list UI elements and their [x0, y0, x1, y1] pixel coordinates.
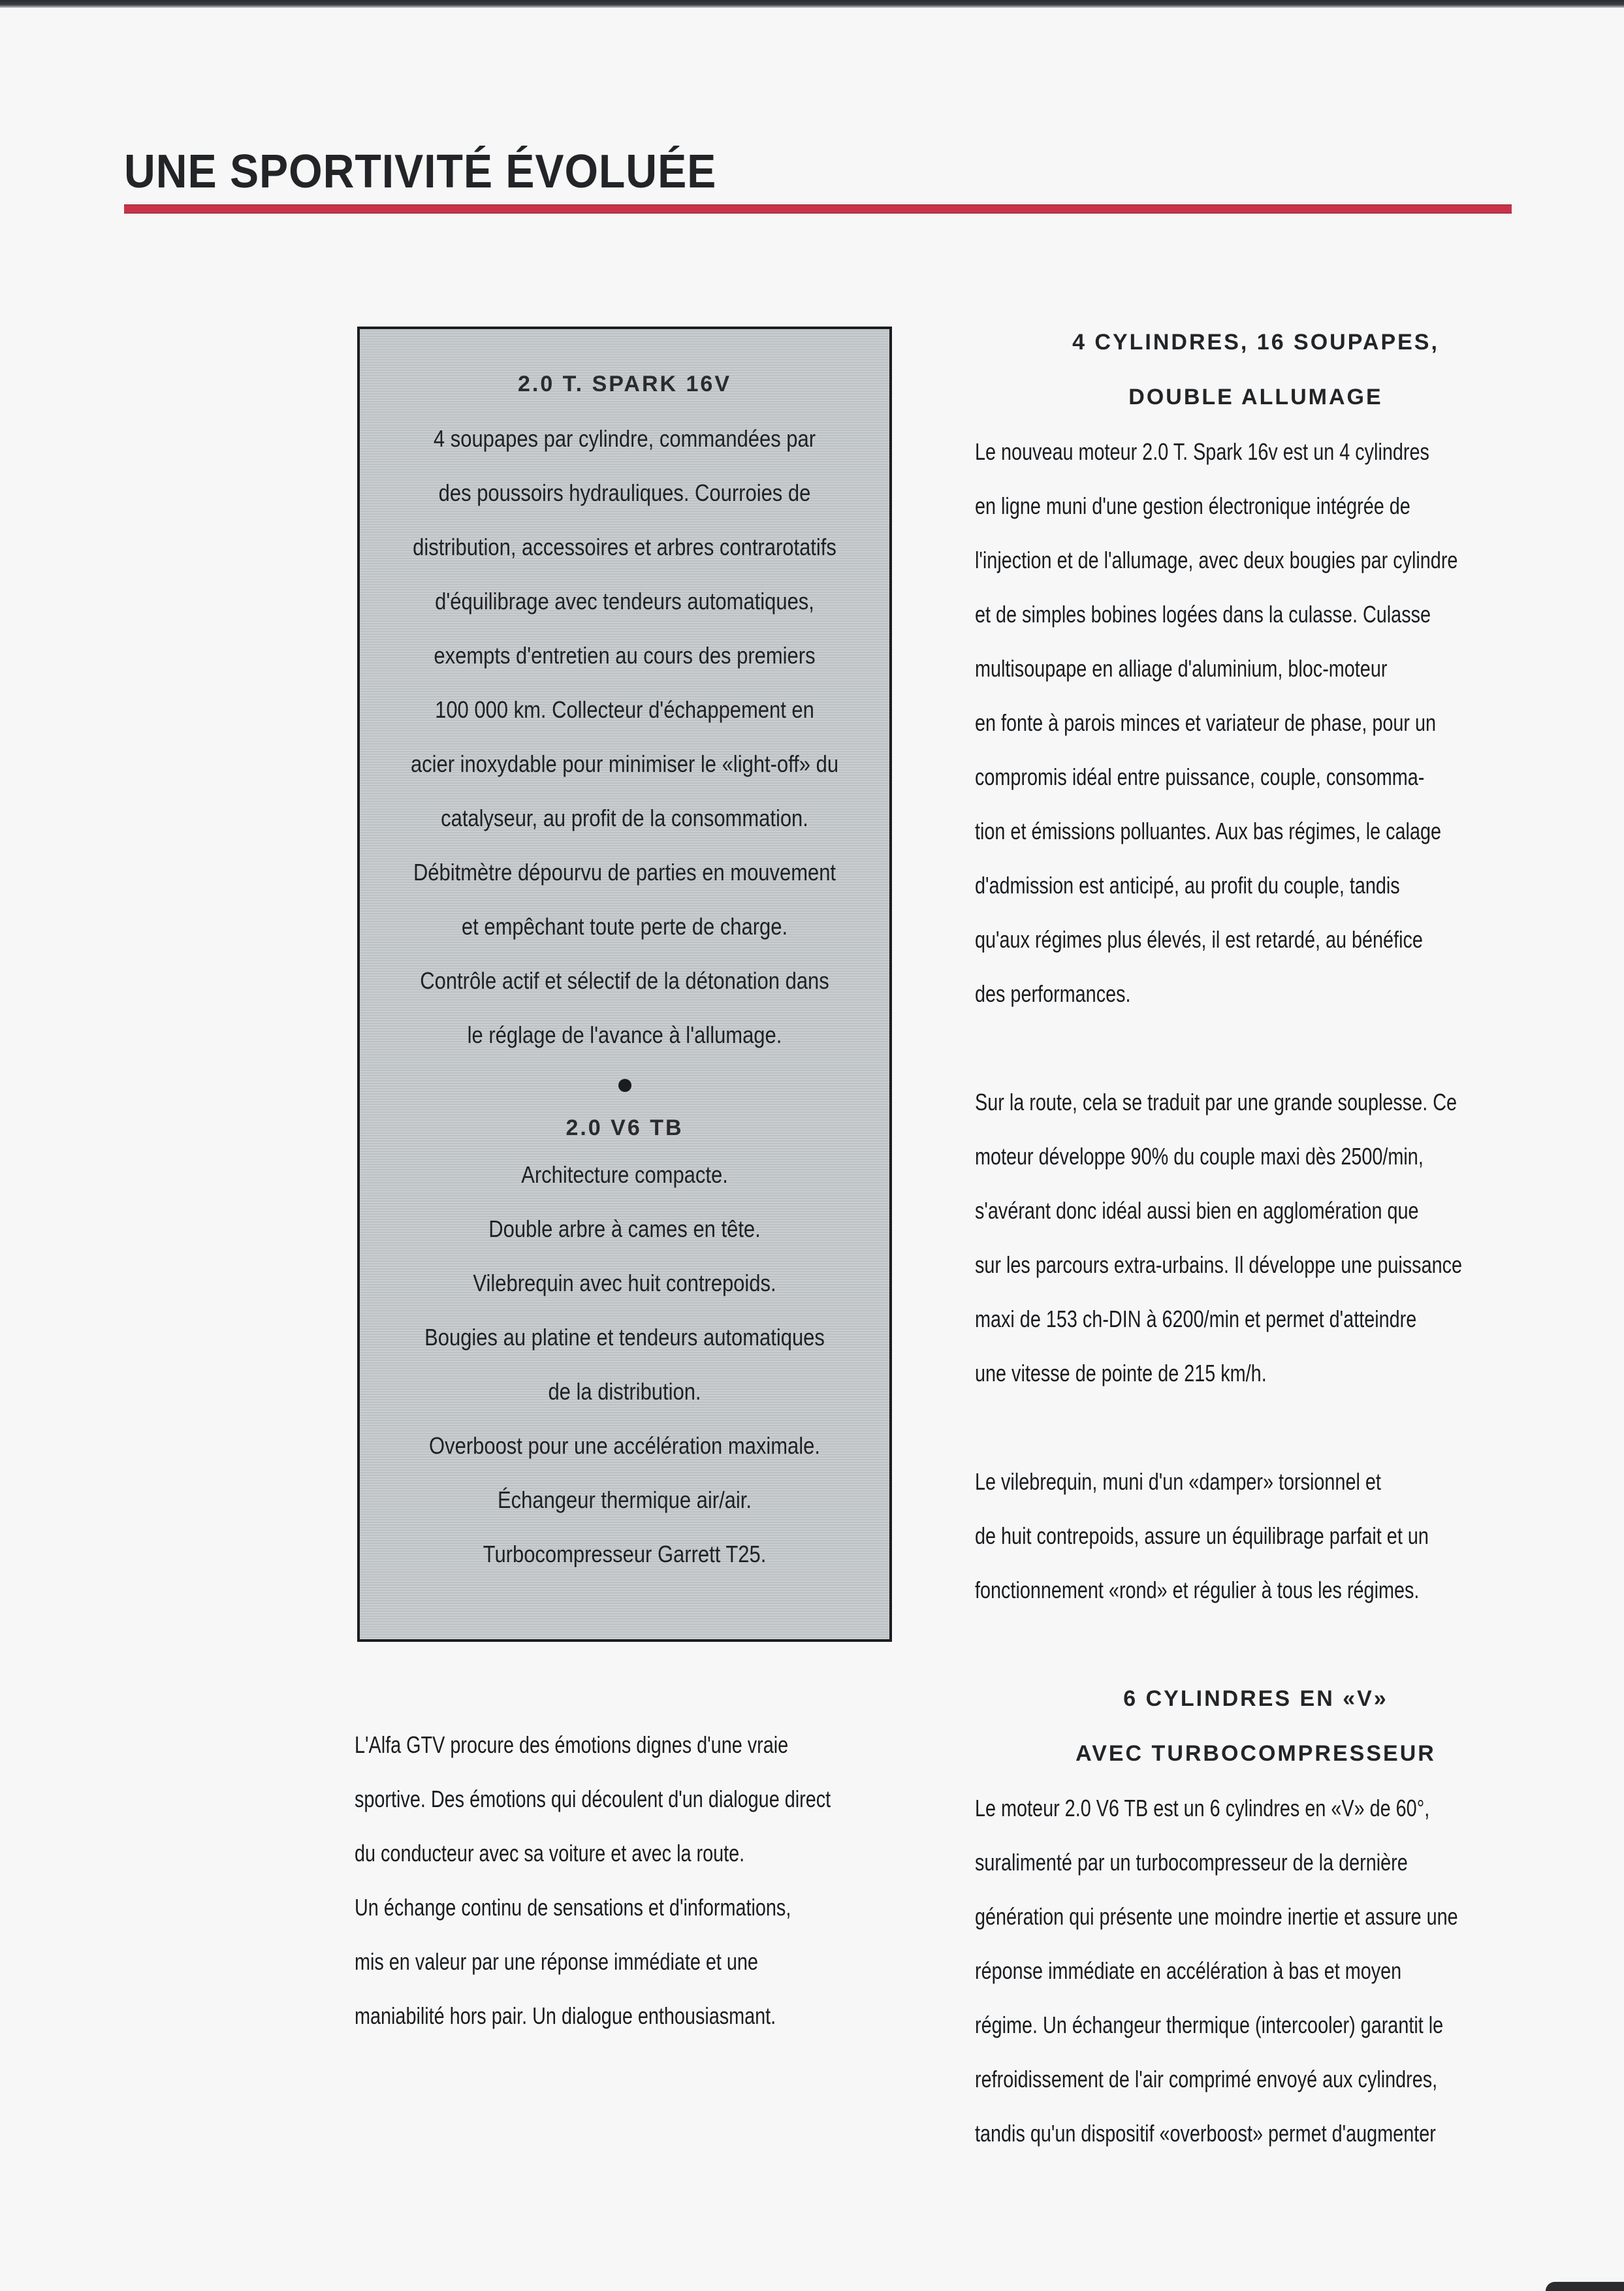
intro-line: L'Alfa GTV procure des émotions dignes d… — [355, 1718, 804, 1772]
spec-line: et empêchant toute perte de charge. — [397, 899, 852, 953]
body-line: Le moteur 2.0 V6 TB est un 6 cylindres e… — [975, 1781, 1424, 1835]
section-heading-v6-line2: AVEC TURBOCOMPRESSEUR — [975, 1726, 1536, 1781]
body-line: l'injection et de l'allumage, avec deux … — [975, 533, 1424, 587]
body-line: fonctionnement «rond» et régulier à tous… — [975, 1563, 1424, 1617]
body-line: réponse immédiate en accélération à bas … — [975, 1944, 1424, 1998]
spec-line: d'équilibrage avec tendeurs automatiques… — [397, 574, 852, 628]
spec-line: Contrôle actif et sélectif de la détonat… — [397, 953, 852, 1008]
spec-line: Débitmètre dépourvu de parties en mouvem… — [397, 845, 852, 899]
body-line: compromis idéal entre puissance, couple,… — [975, 750, 1424, 804]
title-underline-rule — [124, 204, 1512, 214]
body-line: Le vilebrequin, muni d'un «damper» torsi… — [975, 1454, 1424, 1509]
intro-paragraph: L'Alfa GTV procure des émotions dignes d… — [355, 1718, 916, 2043]
paragraph-gap — [975, 1400, 1536, 1454]
spec-line: Overboost pour une accélération maximale… — [397, 1418, 852, 1473]
body-line: refroidissement de l'air comprimé envoyé… — [975, 2052, 1424, 2106]
body-line: d'admission est anticipé, au profit du c… — [975, 858, 1424, 912]
intro-line: sportive. Des émotions qui découlent d'u… — [355, 1772, 804, 1826]
spec-line: le réglage de l'avance à l'allumage. — [397, 1008, 852, 1062]
paragraph-gap — [975, 1021, 1536, 1075]
intro-line: maniabilité hors pair. Un dialogue entho… — [355, 1989, 804, 2043]
spec-line: Turbocompresseur Garrett T25. — [397, 1527, 852, 1581]
spec-line: Double arbre à cames en tête. — [397, 1202, 852, 1256]
body-line: régime. Un échangeur thermique (intercoo… — [975, 1998, 1424, 2052]
section1-paragraph-2: Sur la route, cela se traduit par une gr… — [975, 1075, 1536, 1400]
intro-line: du conducteur avec sa voiture et avec la… — [355, 1826, 804, 1880]
body-line: s'avérant donc idéal aussi bien en agglo… — [975, 1183, 1424, 1238]
spec-line: exempts d'entretien au cours des premier… — [397, 628, 852, 682]
section1-paragraph-3: Le vilebrequin, muni d'un «damper» torsi… — [975, 1454, 1536, 1617]
spec-line: 4 soupapes par cylindre, commandées par — [397, 411, 852, 466]
section-heading-v6-line1: 6 CYLINDRES EN «V» — [975, 1671, 1536, 1726]
body-line: suralimenté par un turbocompresseur de l… — [975, 1835, 1424, 1889]
spec-heading-v6: 2.0 V6 TB — [360, 1108, 889, 1147]
spec-line: Vilebrequin avec huit contrepoids. — [397, 1256, 852, 1310]
body-line: tion et émissions polluantes. Aux bas ré… — [975, 804, 1424, 858]
intro-line: Un échange continu de sensations et d'in… — [355, 1880, 804, 1934]
spec-line: 100 000 km. Collecteur d'échappement en — [397, 682, 852, 737]
body-line: une vitesse de pointe de 215 km/h. — [975, 1346, 1424, 1400]
body-line: en fonte à parois minces et variateur de… — [975, 696, 1424, 750]
body-line: Sur la route, cela se traduit par une gr… — [975, 1075, 1424, 1129]
body-line: multisoupape en alliage d'aluminium, blo… — [975, 641, 1424, 696]
body-line: maxi de 153 ch-DIN à 6200/min et permet … — [975, 1292, 1424, 1346]
body-line: et de simples bobines logées dans la cul… — [975, 587, 1424, 641]
section2-paragraph-1: Le moteur 2.0 V6 TB est un 6 cylindres e… — [975, 1781, 1536, 2160]
spec-line: Architecture compacte. — [397, 1147, 852, 1202]
spec-line: distribution, accessoires et arbres cont… — [397, 520, 852, 574]
spec-line: des poussoirs hydrauliques. Courroies de — [397, 466, 852, 520]
scan-edge-bottom — [1546, 2282, 1624, 2291]
spec-list-v6: Architecture compacte. Double arbre à ca… — [360, 1147, 889, 1581]
body-line: Le nouveau moteur 2.0 T. Spark 16v est u… — [975, 425, 1424, 479]
page-title: UNE SPORTIVITÉ ÉVOLUÉE — [124, 145, 716, 199]
section-heading-4cyl-line2: DOUBLE ALLUMAGE — [975, 370, 1536, 425]
paragraph-gap — [975, 1617, 1536, 1671]
intro-line: mis en valeur par une réponse immédiate … — [355, 1934, 804, 1989]
section-heading-4cyl-line1: 4 CYLINDRES, 16 SOUPAPES, — [975, 315, 1536, 370]
spec-line: Bougies au platine et tendeurs automatiq… — [397, 1310, 852, 1364]
right-column: 4 CYLINDRES, 16 SOUPAPES, DOUBLE ALLUMAG… — [975, 315, 1536, 2160]
spec-line: de la distribution. — [397, 1364, 852, 1418]
body-line: moteur développe 90% du couple maxi dès … — [975, 1129, 1424, 1183]
body-line: de huit contrepoids, assure un équilibra… — [975, 1509, 1424, 1563]
body-line: génération qui présente une moindre iner… — [975, 1889, 1424, 1944]
engine-spec-box: 2.0 T. SPARK 16V 4 soupapes par cylindre… — [357, 327, 892, 1642]
section1-paragraph-1: Le nouveau moteur 2.0 T. Spark 16v est u… — [975, 425, 1536, 1021]
body-line: en ligne muni d'une gestion électronique… — [975, 479, 1424, 533]
body-line: qu'aux régimes plus élevés, il est retar… — [975, 912, 1424, 967]
body-line: tandis qu'un dispositif «overboost» perm… — [975, 2106, 1424, 2160]
spec-heading-spark: 2.0 T. SPARK 16V — [360, 357, 889, 411]
body-line: des performances. — [975, 967, 1424, 1021]
spec-line: acier inoxydable pour minimiser le «ligh… — [397, 737, 852, 791]
scan-edge-top — [0, 0, 1624, 8]
spec-list-spark: 4 soupapes par cylindre, commandées par … — [360, 411, 889, 1062]
spec-line: catalyseur, au profit de la consommation… — [397, 791, 852, 845]
spec-line: Échangeur thermique air/air. — [397, 1473, 852, 1527]
bullet-separator-icon — [618, 1079, 631, 1092]
body-line: sur les parcours extra-urbains. Il dével… — [975, 1238, 1424, 1292]
